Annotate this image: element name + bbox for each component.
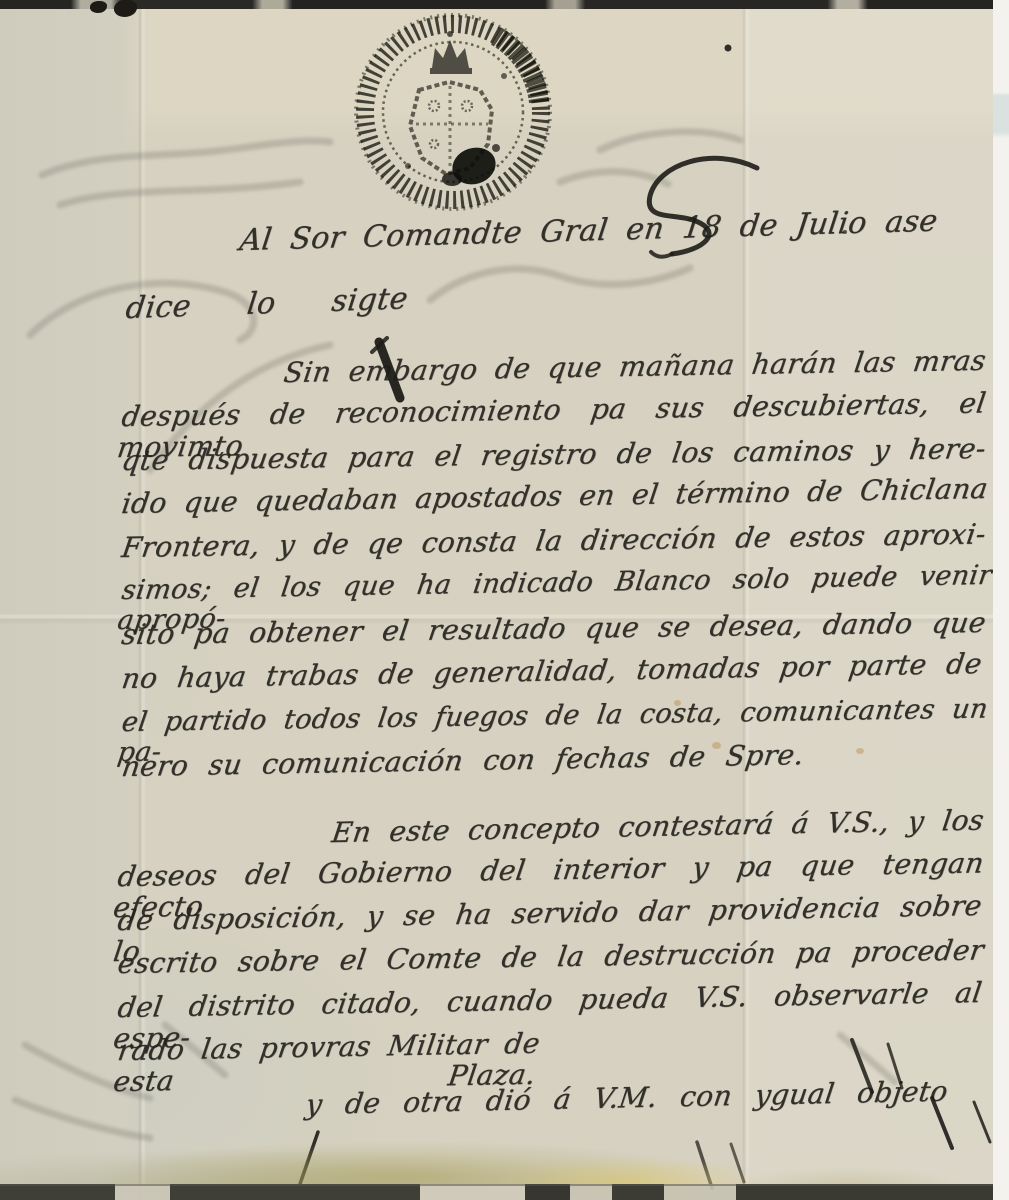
ink-speck [843, 230, 847, 234]
pen-slash [932, 1098, 952, 1148]
rust-spot [674, 700, 681, 706]
scan-edge-top [0, 0, 1009, 9]
pen-slash [697, 1142, 712, 1188]
manuscript-page: Al Sor Comandte Gral en 18 de Julio ase … [0, 0, 1009, 1200]
descender-stroke [300, 1132, 318, 1184]
paragraph-initial-stroke [379, 342, 400, 398]
scan-edge-bottom [0, 1184, 1009, 1200]
pen-slash [731, 1144, 744, 1182]
heading-swash [649, 158, 757, 254]
pen-slash [974, 1102, 990, 1142]
pen-slash [852, 1040, 872, 1092]
rust-spot [856, 748, 864, 754]
pen-slash [888, 1044, 902, 1088]
ink-flourishes [0, 0, 1009, 1200]
ink-speck [725, 45, 732, 52]
scan-margin-right [993, 0, 1009, 1200]
rust-spot [712, 742, 721, 749]
